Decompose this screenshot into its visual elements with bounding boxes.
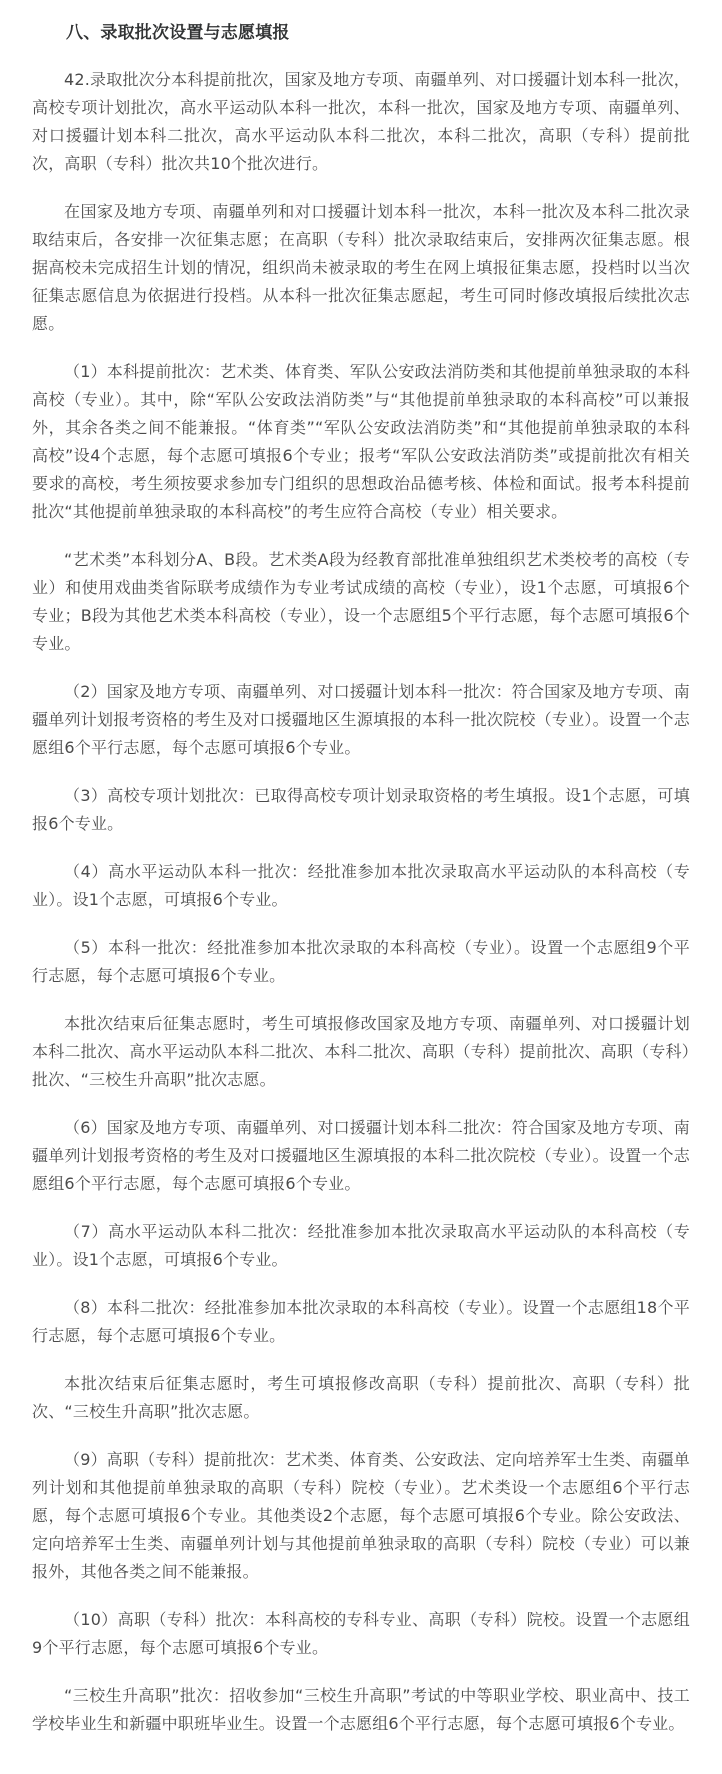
paragraph-modify-after-batch-1: 本批次结束后征集志愿时，考生可填报修改国家及地方专项、南疆单列、对口援疆计划本科… <box>32 1010 690 1094</box>
paragraph-item-7-athletes-batch-2: （7）高水平运动队本科二批次：经批准参加本批次录取高水平运动队的本科高校（专业）… <box>32 1218 690 1274</box>
paragraph-item-5-undergrad-batch-1: （5）本科一批次：经批准参加本批次录取的本科高校（专业）。设置一个志愿组9个平行… <box>32 934 690 990</box>
document-body: 八、录取批次设置与志愿填报 42.录取批次分本科提前批次，国家及地方专项、南疆单… <box>0 0 722 1774</box>
paragraph-modify-after-batch-2: 本批次结束后征集志愿时，考生可填报修改高职（专科）提前批次、高职（专科）批次、“… <box>32 1370 690 1426</box>
section-heading: 八、录取批次设置与志愿填报 <box>32 20 690 46</box>
paragraph-item-2-special-plan-batch-1: （2）国家及地方专项、南疆单列、对口援疆计划本科一批次：符合国家及地方专项、南疆… <box>32 678 690 762</box>
paragraph-item-1-undergrad-advance-batch: （1）本科提前批次：艺术类、体育类、军队公安政法消防类和其他提前单独录取的本科高… <box>32 358 690 526</box>
paragraph-item-8-undergrad-batch-2: （8）本科二批次：经批准参加本批次录取的本科高校（专业）。设置一个志愿组18个平… <box>32 1294 690 1350</box>
paragraph-supplementary-volunteer-rules: 在国家及地方专项、南疆单列和对口援疆计划本科一批次，本科一批次及本科二批次录取结… <box>32 198 690 338</box>
paragraph-sanxiaosheng-batch: “三校生升高职”批次：招收参加“三校生升高职”考试的中等职业学校、职业高中、技工… <box>32 1682 690 1738</box>
paragraph-item-6-special-plan-batch-2: （6）国家及地方专项、南疆单列、对口援疆计划本科二批次：符合国家及地方专项、南疆… <box>32 1114 690 1198</box>
paragraph-art-category-sections: “艺术类”本科划分A、B段。艺术类A段为经教育部批准单独组织艺术类校考的高校（专… <box>32 546 690 658</box>
paragraph-batch-overview: 42.录取批次分本科提前批次，国家及地方专项、南疆单列、对口援疆计划本科一批次，… <box>32 66 690 178</box>
paragraph-item-9-vocational-advance-batch: （9）高职（专科）提前批次：艺术类、体育类、公安政法、定向培养军士生类、南疆单列… <box>32 1446 690 1586</box>
paragraph-item-10-vocational-batch: （10）高职（专科）批次：本科高校的专科专业、高职（专科）院校。设置一个志愿组9… <box>32 1606 690 1662</box>
paragraph-item-3-university-special-plan: （3）高校专项计划批次：已取得高校专项计划录取资格的考生填报。设1个志愿，可填报… <box>32 782 690 838</box>
paragraph-item-4-athletes-batch-1: （4）高水平运动队本科一批次：经批准参加本批次录取高水平运动队的本科高校（专业）… <box>32 858 690 914</box>
